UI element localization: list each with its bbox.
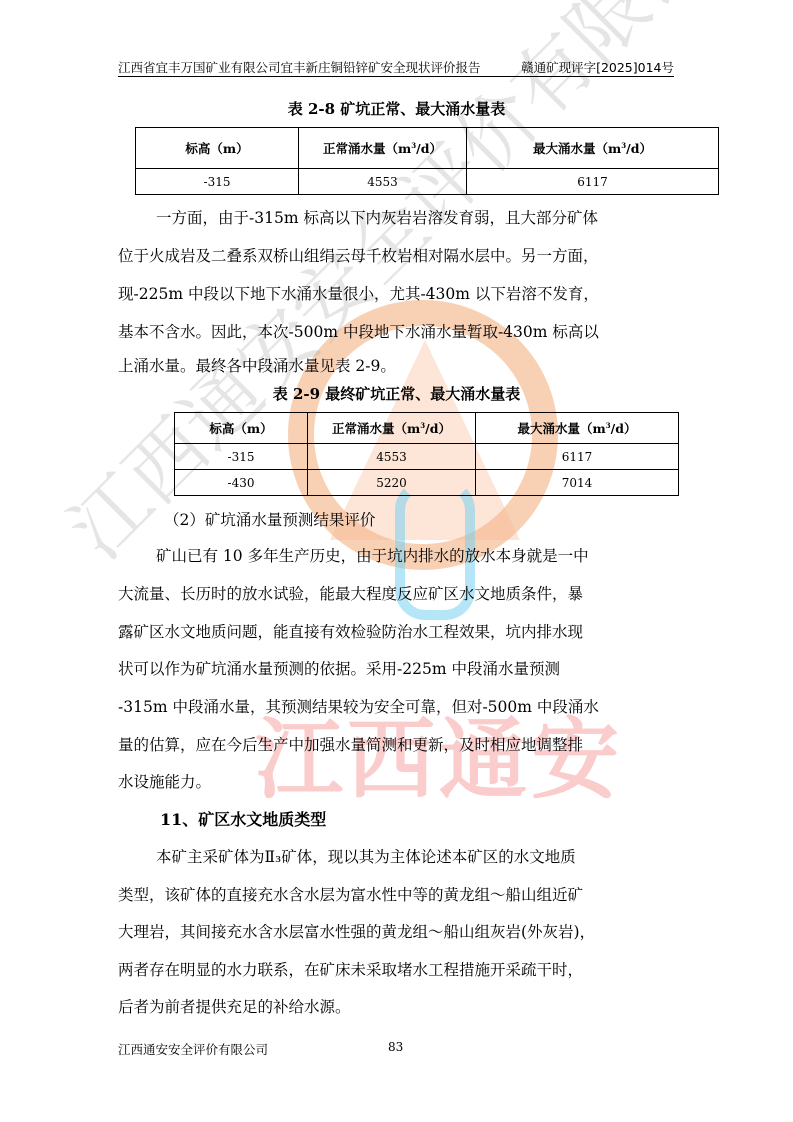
- cell-max-inflow: 7014: [476, 470, 679, 496]
- paragraph-line: 上涌水量。最终各中段涌水量见表 2-9。: [118, 356, 678, 377]
- paragraph-line: 位于火成岩及二叠系双桥山组绢云母千枚岩相对隔水层中。另一方面，: [118, 246, 678, 267]
- paragraph-line: 基本不含水。因此，本次-500m 中段地下水涌水量暂取-430m 标高以: [118, 322, 678, 343]
- col-header-elevation: 标高（m）: [136, 128, 299, 169]
- col-header-normal-inflow: 正常涌水量（m3/d）: [308, 413, 476, 444]
- cell-normal-inflow: 4553: [308, 444, 476, 470]
- section-heading: 11、矿区水文地质类型: [160, 807, 326, 830]
- document-number: 赣通矿现评字[2025]014号: [521, 58, 674, 76]
- report-title: 江西省宜丰万国矿业有限公司宜丰新庄铜铅锌矿安全现状评价报告: [118, 58, 481, 76]
- table-row: -430 5220 7014: [175, 470, 679, 496]
- cell-max-inflow: 6117: [476, 444, 679, 470]
- table-header-row: 标高（m） 正常涌水量（m3/d） 最大涌水量（m3/d）: [136, 128, 719, 169]
- paragraph-line: 大流量、长历时的放水试验，能最大程度反应矿区水文地质条件，暴: [118, 584, 678, 605]
- paragraph-line: 本矿主采矿体为Ⅱ₃矿体，现以其为主体论述本矿区的水文地质: [118, 847, 716, 868]
- page-footer: 江西通安安全评价有限公司 83: [118, 1040, 674, 1058]
- col-header-elevation: 标高（m）: [175, 413, 308, 444]
- cell-elevation: -315: [175, 444, 308, 470]
- col-header-max-inflow: 最大涌水量（m3/d）: [476, 413, 679, 444]
- subheading: （2）矿坑涌水量预测结果评价: [118, 510, 724, 531]
- table-row: -315 4553 6117: [136, 169, 719, 195]
- table-2-9-caption: 表 2-9 最终矿坑正常、最大涌水量表: [0, 383, 793, 404]
- paragraph-line: 矿山已有 10 多年生产历史，由于坑内排水的放水本身就是一中: [118, 546, 716, 567]
- cell-max-inflow: 6117: [467, 169, 719, 195]
- footer-company: 江西通安安全评价有限公司: [118, 1042, 268, 1057]
- document-page: 江西省宜丰万国矿业有限公司宜丰新庄铜铅锌矿安全现状评价报告 赣通矿现评字[202…: [0, 0, 793, 1122]
- paragraph-line: 类型，该矿体的直接充水含水层为富水性中等的黄龙组～船山组近矿: [118, 885, 678, 906]
- paragraph-line: 现-225m 中段以下地下水涌水量很小，尤其-430m 以下岩溶不发育，: [118, 284, 678, 305]
- table-2-9: 标高（m） 正常涌水量（m3/d） 最大涌水量（m3/d） -315 4553 …: [174, 412, 679, 496]
- col-header-normal-inflow: 正常涌水量（m3/d）: [299, 128, 467, 169]
- table-2-8-caption: 表 2-8 矿坑正常、最大涌水量表: [0, 98, 793, 119]
- paragraph-line: 后者为前者提供充足的补给水源。: [118, 997, 678, 1018]
- cell-elevation: -430: [175, 470, 308, 496]
- paragraph-line: 大理岩，其间接充水含水层富水性强的黄龙组～船山组灰岩(外灰岩)，: [118, 922, 678, 943]
- col-header-max-inflow: 最大涌水量（m3/d）: [467, 128, 719, 169]
- paragraph-line: 水设施能力。: [118, 772, 678, 793]
- paragraph-line: 露矿区水文地质问题，能直接有效检验防治水工程效果，坑内排水现: [118, 622, 678, 643]
- table-row: -315 4553 6117: [175, 444, 679, 470]
- paragraph-line: 量的估算，应在今后生产中加强水量简测和更新，及时相应地调整排: [118, 735, 678, 756]
- table-header-row: 标高（m） 正常涌水量（m3/d） 最大涌水量（m3/d）: [175, 413, 679, 444]
- paragraph-line: 两者存在明显的水力联系，在矿床未采取堵水工程措施开采疏干时，: [118, 960, 678, 981]
- paragraph-line: -315m 中段涌水量，其预测结果较为安全可靠，但对-500m 中段涌水: [118, 697, 678, 718]
- paragraph-line: 一方面，由于-315m 标高以下内灰岩岩溶发育弱，且大部分矿体: [118, 208, 716, 229]
- cell-normal-inflow: 5220: [308, 470, 476, 496]
- page-header: 江西省宜丰万国矿业有限公司宜丰新庄铜铅锌矿安全现状评价报告 赣通矿现评字[202…: [118, 58, 674, 77]
- cell-elevation: -315: [136, 169, 299, 195]
- cell-normal-inflow: 4553: [299, 169, 467, 195]
- page-number: 83: [388, 1040, 403, 1054]
- paragraph-line: 状可以作为矿坑涌水量预测的依据。采用-225m 中段涌水量预测: [118, 659, 678, 680]
- table-2-8: 标高（m） 正常涌水量（m3/d） 最大涌水量（m3/d） -315 4553 …: [135, 127, 719, 195]
